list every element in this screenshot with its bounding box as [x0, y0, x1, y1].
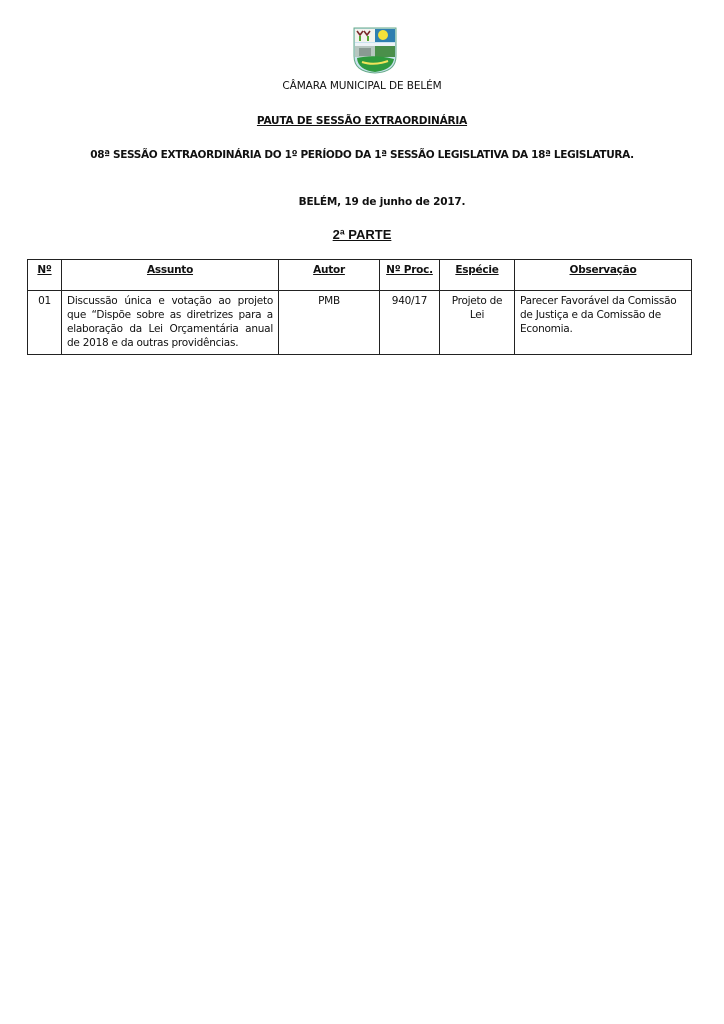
agenda-table: Nº Assunto Autor Nº Proc. Espécie Observ… — [27, 259, 692, 355]
cell-observacao: Parecer Favorável da Comissão de Justiça… — [515, 291, 692, 355]
cell-assunto: Discussão única e votação ao projeto que… — [62, 291, 279, 355]
date-line: BELÉM, 19 de junho de 2017. — [20, 196, 724, 208]
institution-name: CÂMARA MUNICIPAL DE BELÉM — [0, 80, 724, 92]
table-header-row: Nº Assunto Autor Nº Proc. Espécie Observ… — [28, 260, 692, 291]
part-heading: 2ª PARTE — [0, 227, 724, 242]
column-header-autor: Autor — [279, 260, 380, 291]
column-header-num: Nº — [28, 260, 62, 291]
cell-especie: Projeto de Lei — [440, 291, 515, 355]
column-header-especie: Espécie — [440, 260, 515, 291]
column-header-observacao: Observação — [515, 260, 692, 291]
column-header-proc: Nº Proc. — [380, 260, 440, 291]
document-title: PAUTA DE SESSÃO EXTRAORDINÁRIA — [0, 115, 724, 127]
cell-num: 01 — [28, 291, 62, 355]
session-description: 08ª SESSÃO EXTRAORDINÁRIA DO 1º PERÍODO … — [0, 149, 724, 161]
city-coat-of-arms-icon — [352, 26, 398, 74]
cell-autor: PMB — [279, 291, 380, 355]
cell-proc: 940/17 — [380, 291, 440, 355]
table-row: 01 Discussão única e votação ao projeto … — [28, 291, 692, 355]
column-header-assunto: Assunto — [62, 260, 279, 291]
